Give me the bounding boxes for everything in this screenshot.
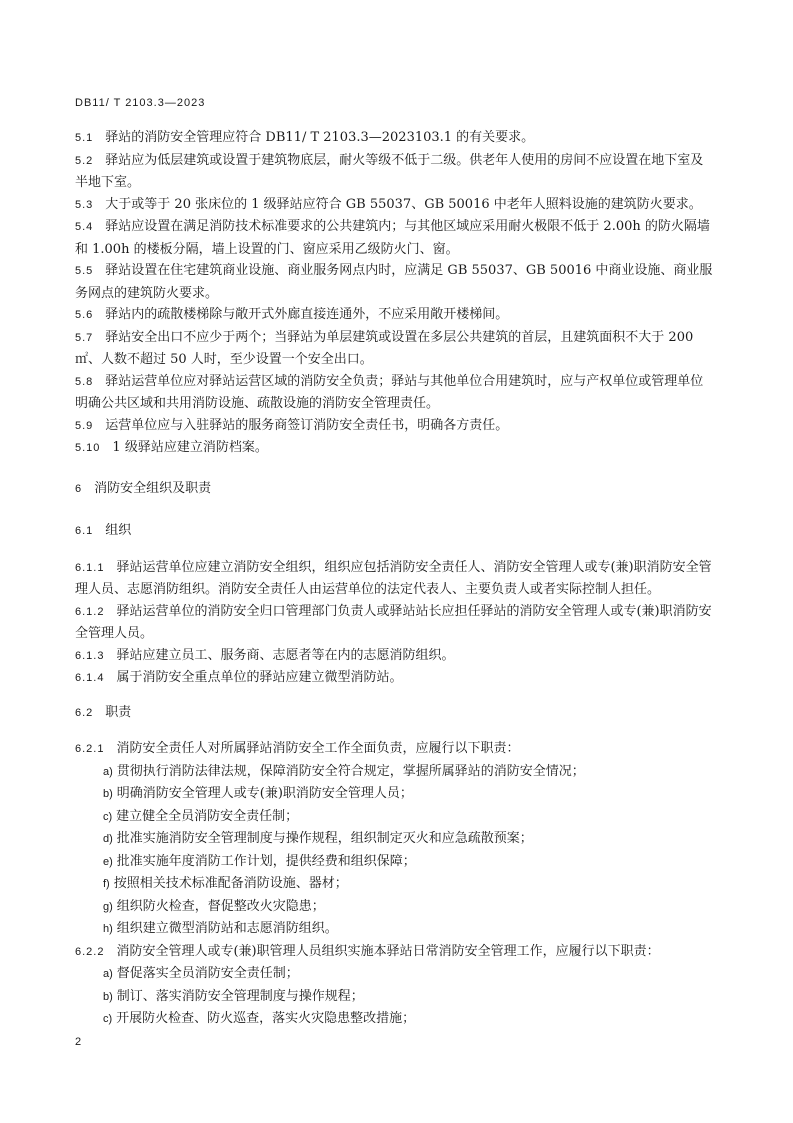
clause-5-3: 5.3大于或等于 20 张床位的 1 级驿站应符合 GB 55037、GB 50…: [75, 194, 715, 217]
list-item: f)按照相关技术标准配备消防设施、器材；: [75, 873, 715, 896]
clause-6-1-4: 6.1.4属于消防安全重点单位的驿站应建立微型消防站。: [75, 667, 715, 690]
page-number: 2: [75, 1036, 81, 1048]
list-item: b)明确消防安全管理人或专(兼)职消防安全管理人员；: [75, 783, 715, 806]
clause-5-7: 5.7驿站安全出口不应少于两个；当驿站为单层建筑或设置在多层公共建筑的首层，且建…: [75, 327, 715, 371]
list-item: h)组织建立微型消防站和志愿消防组织。: [75, 918, 715, 941]
section-5: 5.1驿站的消防安全管理应符合 DB11/ T 2103.3—2023103.1…: [75, 127, 715, 460]
list-item: e)批准实施年度消防工作计划，提供经费和组织保障；: [75, 851, 715, 874]
document-id-header: DB11/ T 2103.3—2023: [75, 97, 205, 109]
clause-6-1-3: 6.1.3驿站应建立员工、服务商、志愿者等在内的志愿消防组织。: [75, 645, 715, 668]
list-item: d)批准实施消防安全管理制度与操作规程，组织制定灭火和应急疏散预案；: [75, 828, 715, 851]
list-item: a)督促落实全员消防安全责任制；: [75, 963, 715, 986]
clause-6-2-2: 6.2.2消防安全管理人或专(兼)职管理人员组织实施本驿站日常消防安全管理工作，…: [75, 941, 715, 964]
clause-6-2-1: 6.2.1消防安全责任人对所属驿站消防安全工作全面负责，应履行以下职责：: [75, 738, 715, 761]
document-body: 5.1驿站的消防安全管理应符合 DB11/ T 2103.3—2023103.1…: [75, 127, 715, 1031]
section-6-1-heading: 6.1组织: [75, 520, 715, 543]
list-item: g)组织防火检查，督促整改火灾隐患；: [75, 896, 715, 919]
list-item: c)建立健全全员消防安全责任制；: [75, 806, 715, 829]
clause-6-1-2: 6.1.2驿站运营单位的消防安全归口管理部门负责人或驿站站长应担任驿站的消防安全…: [75, 601, 715, 645]
clause-5-8: 5.8驿站运营单位应对驿站运营区域的消防安全负责；驿站与其他单位合用建筑时，应与…: [75, 371, 715, 415]
section-6-heading: 6消防安全组织及职责: [75, 478, 715, 501]
clause-5-9: 5.9运营单位应与入驻驿站的服务商签订消防安全责任书，明确各方责任。: [75, 415, 715, 438]
section-6-2-heading: 6.2职责: [75, 702, 715, 725]
clause-5-6: 5.6驿站内的疏散楼梯除与敞开式外廊直接连通外，不应采用敞开楼梯间。: [75, 304, 715, 327]
clause-5-10: 5.101 级驿站应建立消防档案。: [75, 437, 715, 460]
clause-5-1: 5.1驿站的消防安全管理应符合 DB11/ T 2103.3—2023103.1…: [75, 127, 715, 150]
list-item: c)开展防火检查、防火巡查，落实火灾隐患整改措施；: [75, 1008, 715, 1031]
clause-5-4: 5.4驿站应设置在满足消防技术标准要求的公共建筑内；与其他区域应采用耐火极限不低…: [75, 216, 715, 260]
clause-6-1-1: 6.1.1驿站运营单位应建立消防安全组织，组织应包括消防安全责任人、消防安全管理…: [75, 557, 715, 601]
clause-5-5: 5.5驿站设置在住宅建筑商业设施、商业服务网点内时，应满足 GB 55037、G…: [75, 260, 715, 304]
clause-5-2: 5.2驿站应为低层建筑或设置于建筑物底层，耐火等级不低于二级。供老年人使用的房间…: [75, 150, 715, 194]
list-item: a)贯彻执行消防法律法规，保障消防安全符合规定，掌握所属驿站的消防安全情况；: [75, 761, 715, 784]
list-item: b)制订、落实消防安全管理制度与操作规程；: [75, 986, 715, 1009]
